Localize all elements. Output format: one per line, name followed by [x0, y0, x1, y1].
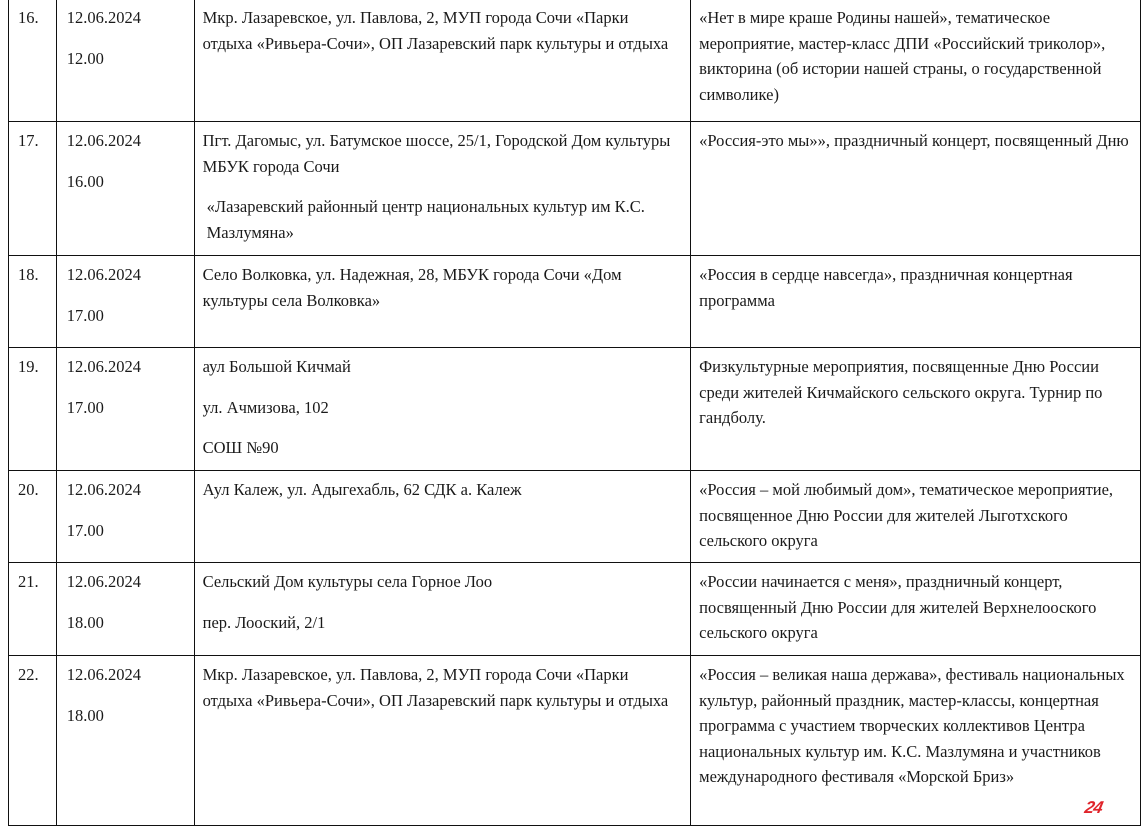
event-cell: «Нет в мире краше Родины нашей», тематич…: [691, 0, 1141, 122]
table-row: 17. 12.06.2024 16.00 Пгт. Дагомыс, ул. Б…: [9, 122, 1141, 256]
row-number: 20.: [9, 471, 57, 563]
place-text: аул Большой Кичмай: [203, 354, 683, 380]
event-time: 18.00: [67, 703, 186, 729]
event-time: 17.00: [67, 395, 186, 421]
row-number: 18.: [9, 256, 57, 348]
table-row: 20. 12.06.2024 17.00 Аул Калеж, ул. Адыг…: [9, 471, 1141, 563]
table-row: 21. 12.06.2024 18.00 Сельский Дом культу…: [9, 563, 1141, 656]
event-date: 12.06.2024: [67, 662, 186, 688]
event-date: 12.06.2024: [67, 569, 186, 595]
place-text: Аул Калеж, ул. Адыгехабль, 62 СДК а. Кал…: [203, 477, 683, 503]
date-time-cell: 12.06.2024 17.00: [56, 348, 194, 471]
place-text: Мкр. Лазаревское, ул. Павлова, 2, МУП го…: [203, 5, 683, 56]
place-cell: Мкр. Лазаревское, ул. Павлова, 2, МУП го…: [194, 0, 691, 122]
event-cell: Физкультурные мероприятия, посвященные Д…: [691, 348, 1141, 471]
place-text: Сельский Дом культуры села Горное Лоо: [203, 569, 683, 595]
events-schedule-table: 16. 12.06.2024 12.00 Мкр. Лазаревское, у…: [8, 0, 1141, 826]
event-cell: «Россия в сердце навсегда», праздничная …: [691, 256, 1141, 348]
row-number: 16.: [9, 0, 57, 122]
date-time-cell: 12.06.2024 16.00: [56, 122, 194, 256]
place-cell: Мкр. Лазаревское, ул. Павлова, 2, МУП го…: [194, 656, 691, 826]
event-description: «Россия – великая наша держава», фестива…: [699, 662, 1132, 790]
date-time-cell: 12.06.2024 17.00: [56, 471, 194, 563]
event-description: «России начинается с меня», праздничный …: [699, 569, 1132, 646]
event-time: 12.00: [67, 46, 186, 72]
event-time: 17.00: [67, 518, 186, 544]
place-text: пер. Лооский, 2/1: [203, 610, 683, 636]
place-cell: аул Большой Кичмай ул. Ачмизова, 102 СОШ…: [194, 348, 691, 471]
event-date: 12.06.2024: [67, 262, 186, 288]
event-date: 12.06.2024: [67, 128, 186, 154]
date-time-cell: 12.06.2024 18.00: [56, 563, 194, 656]
date-time-cell: 12.06.2024 17.00: [56, 256, 194, 348]
date-time-cell: 12.06.2024 18.00: [56, 656, 194, 826]
place-cell: Аул Калеж, ул. Адыгехабль, 62 СДК а. Кал…: [194, 471, 691, 563]
table-row: 16. 12.06.2024 12.00 Мкр. Лазаревское, у…: [9, 0, 1141, 122]
event-date: 12.06.2024: [67, 477, 186, 503]
event-cell: «Россия – великая наша держава», фестива…: [691, 656, 1141, 826]
event-description: «Нет в мире краше Родины нашей», тематич…: [699, 5, 1132, 107]
event-time: 16.00: [67, 169, 186, 195]
event-description: «Россия в сердце навсегда», праздничная …: [699, 262, 1132, 313]
row-number: 22.: [9, 656, 57, 826]
row-number: 17.: [9, 122, 57, 256]
place-text: Мкр. Лазаревское, ул. Павлова, 2, МУП го…: [203, 662, 683, 713]
table-row: 19. 12.06.2024 17.00 аул Большой Кичмай …: [9, 348, 1141, 471]
place-text: Пгт. Дагомыс, ул. Батумское шоссе, 25/1,…: [203, 128, 683, 179]
event-cell: «России начинается с меня», праздничный …: [691, 563, 1141, 656]
event-description: «Россия-это мы»», праздничный концерт, п…: [699, 128, 1132, 154]
event-cell: «Россия – мой любимый дом», тематическое…: [691, 471, 1141, 563]
place-text: «Лазаревский районный центр национальных…: [203, 194, 683, 245]
event-description: Физкультурные мероприятия, посвященные Д…: [699, 354, 1132, 431]
date-time-cell: 12.06.2024 12.00: [56, 0, 194, 122]
place-cell: Пгт. Дагомыс, ул. Батумское шоссе, 25/1,…: [194, 122, 691, 256]
table-row: 22. 12.06.2024 18.00 Мкр. Лазаревское, у…: [9, 656, 1141, 826]
event-cell: «Россия-это мы»», праздничный концерт, п…: [691, 122, 1141, 256]
event-date: 12.06.2024: [67, 354, 186, 380]
row-number: 21.: [9, 563, 57, 656]
place-text: ул. Ачмизова, 102: [203, 395, 683, 421]
table-row: 18. 12.06.2024 17.00 Село Волковка, ул. …: [9, 256, 1141, 348]
place-cell: Сельский Дом культуры села Горное Лоо пе…: [194, 563, 691, 656]
row-number: 19.: [9, 348, 57, 471]
event-description: «Россия – мой любимый дом», тематическое…: [699, 477, 1132, 554]
place-cell: Село Волковка, ул. Надежная, 28, МБУК го…: [194, 256, 691, 348]
event-time: 17.00: [67, 303, 186, 329]
place-text: Село Волковка, ул. Надежная, 28, МБУК го…: [203, 262, 683, 313]
event-time: 18.00: [67, 610, 186, 636]
place-text: СОШ №90: [203, 435, 683, 461]
event-date: 12.06.2024: [67, 5, 186, 31]
